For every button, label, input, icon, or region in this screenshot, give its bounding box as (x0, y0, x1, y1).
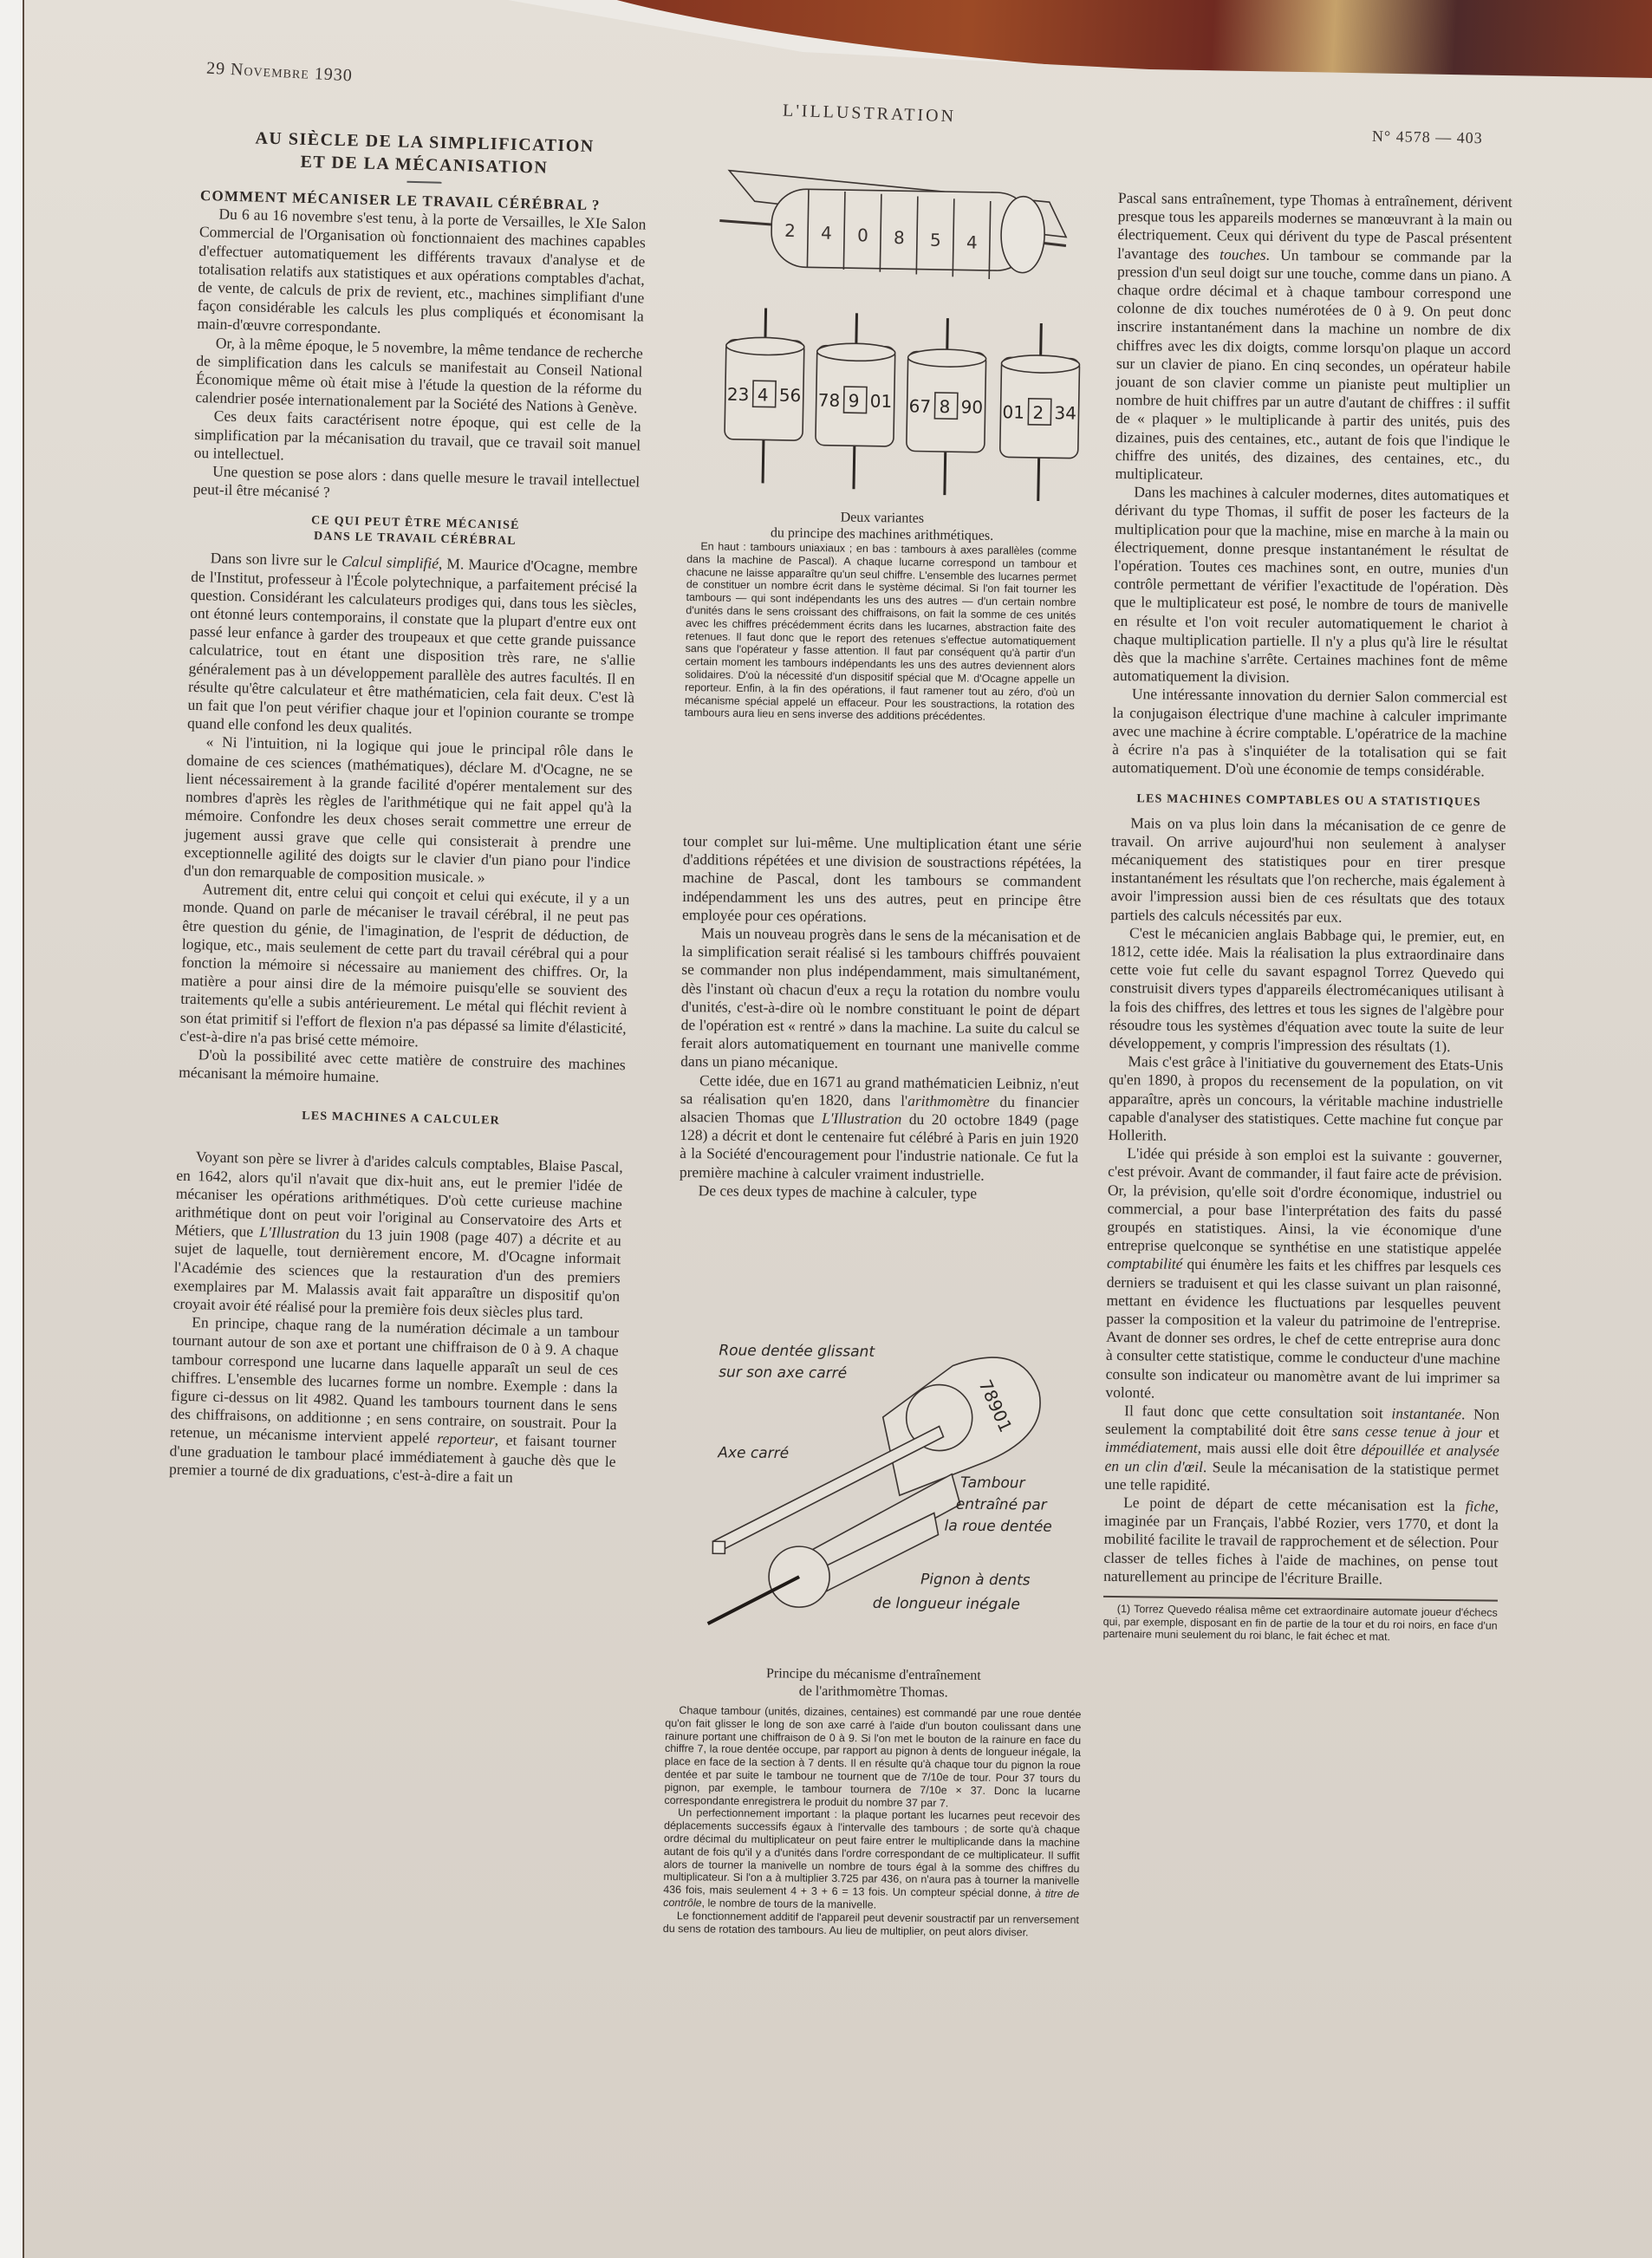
column-right: Pascal sans entraînement, type Thomas à … (1102, 189, 1512, 1644)
paragraph: « Ni l'intuition, ni la logique qui joue… (184, 732, 634, 890)
figure-drum-variants: 2 4 0 8 5 4 (697, 153, 1084, 524)
footnote-divider (1103, 1596, 1498, 1602)
background-left-edge (0, 0, 23, 2258)
figure-thomas-mechanism: 78901 Roue dentée glissant sur son axe c… (690, 1329, 1083, 1644)
svg-text:4: 4 (758, 384, 769, 405)
paragraph: Dans son livre sur le Calcul simplifié, … (187, 549, 638, 744)
svg-text:Tambour: Tambour (960, 1474, 1026, 1493)
column-middle: tour complet sur lui-même. Une multiplic… (680, 832, 1082, 1204)
column-left: AU SIÈCLE DE LA SIMPLIFICATION ET DE LA … (169, 126, 648, 1489)
title-rule (406, 181, 441, 184)
svg-text:4: 4 (966, 232, 978, 253)
svg-text:56: 56 (779, 385, 802, 406)
svg-text:9: 9 (849, 390, 860, 411)
header-issue-page-number: N° 4578 — 403 (1372, 127, 1483, 147)
paragraph: C'est le mécanicien anglais Babbage qui,… (1109, 924, 1506, 1057)
paragraph: tour complet sur lui-même. Une multiplic… (682, 832, 1082, 928)
figure2-caption-body: Chaque tambour (unités, dizaines, centai… (663, 1704, 1082, 1939)
svg-text:la roue dentée: la roue dentée (945, 1518, 1052, 1536)
svg-text:entraîné par: entraîné par (956, 1496, 1048, 1514)
svg-text:01: 01 (1002, 401, 1024, 422)
header-publication-title: L'ILLUSTRATION (783, 101, 957, 127)
svg-text:67: 67 (908, 395, 931, 416)
paragraph: Cette idée, due en 1671 au grand mathéma… (680, 1071, 1079, 1186)
svg-text:34: 34 (1054, 402, 1076, 423)
drum-diagram-icon: 2 4 0 8 5 4 (697, 153, 1084, 524)
paragraph: Il faut donc que cette consultation soit… (1104, 1402, 1499, 1498)
figure2-caption: Principe du mécanisme d'entraînement de … (663, 1664, 1082, 1939)
header-date: 29 Novembre 1930 (206, 59, 354, 87)
paragraph: De ces deux types de machine à calculer,… (680, 1181, 1078, 1204)
svg-text:Pignon à dents: Pignon à dents (920, 1571, 1031, 1589)
paragraph: Autrement dit, entre celui qui conçoit e… (179, 880, 630, 1056)
gear-mechanism-diagram-icon: 78901 Roue dentée glissant sur son axe c… (690, 1329, 1083, 1644)
figure1-caption: Deux variantes du principe des machines … (685, 507, 1077, 725)
svg-text:0: 0 (857, 224, 868, 245)
article-title: AU SIÈCLE DE LA SIMPLIFICATION ET DE LA … (201, 126, 648, 182)
paragraph: Or, à la même époque, le 5 novembre, la … (195, 334, 643, 418)
paragraph: Le point de départ de cette mécanisation… (1103, 1493, 1499, 1590)
figure1-caption-body: En haut : tambours uniaxiaux ; en bas : … (685, 540, 1077, 725)
paragraph: En principe, chaque rang de la numératio… (169, 1313, 620, 1489)
svg-text:2: 2 (784, 220, 796, 241)
paragraph: Dans les machines à calculer modernes, d… (1113, 483, 1509, 689)
paragraph: Une intéressante innovation du dernier S… (1112, 685, 1507, 781)
paragraph: Mais on va plus loin dans la mécanisatio… (1110, 813, 1506, 927)
svg-text:2: 2 (1032, 402, 1044, 423)
section-heading: LES MACHINES A CALCULER (178, 1106, 624, 1133)
svg-text:01: 01 (870, 391, 893, 412)
paragraph: Du 6 au 16 novembre s'est tenu, à la por… (197, 205, 646, 344)
svg-text:4: 4 (821, 223, 832, 244)
svg-text:Axe carré: Axe carré (717, 1444, 789, 1462)
svg-text:Roue dentée glissant: Roue dentée glissant (719, 1342, 875, 1361)
paragraph: Mais un nouveau progrès dans le sens de … (680, 924, 1081, 1075)
figure2-caption-title: Principe du mécanisme d'entraînement de … (666, 1664, 1082, 1703)
svg-text:de longueur inégale: de longueur inégale (873, 1595, 1020, 1613)
svg-text:90: 90 (960, 396, 983, 417)
section-heading: CE QUI PEUT ÊTRE MÉCANISÉ DANS LE TRAVAI… (192, 511, 639, 553)
svg-text:8: 8 (894, 227, 905, 248)
paragraph: Mais c'est grâce à l'initiative du gouve… (1108, 1052, 1503, 1149)
svg-text:sur son axe carré: sur son axe carré (719, 1363, 847, 1382)
paragraph: Voyant son père se livrer à d'arides cal… (173, 1148, 624, 1324)
newspaper-page: 29 Novembre 1930 L'ILLUSTRATION N° 4578 … (23, 0, 1652, 2258)
svg-text:23: 23 (727, 384, 750, 405)
svg-text:5: 5 (930, 230, 941, 251)
svg-text:8: 8 (939, 396, 950, 417)
section-heading: LES MACHINES COMPTABLES OU A STATISTIQUE… (1112, 791, 1506, 810)
paragraph: L'idée qui préside à son emploi est la s… (1105, 1144, 1502, 1406)
footnote: (1) Torrez Quevedo réalisa même cet extr… (1102, 1603, 1497, 1644)
paragraph: Pascal sans entraînement, type Thomas à … (1115, 189, 1512, 487)
figure1-caption-title: Deux variantes du principe des machines … (686, 507, 1076, 545)
svg-text:78: 78 (818, 390, 841, 411)
